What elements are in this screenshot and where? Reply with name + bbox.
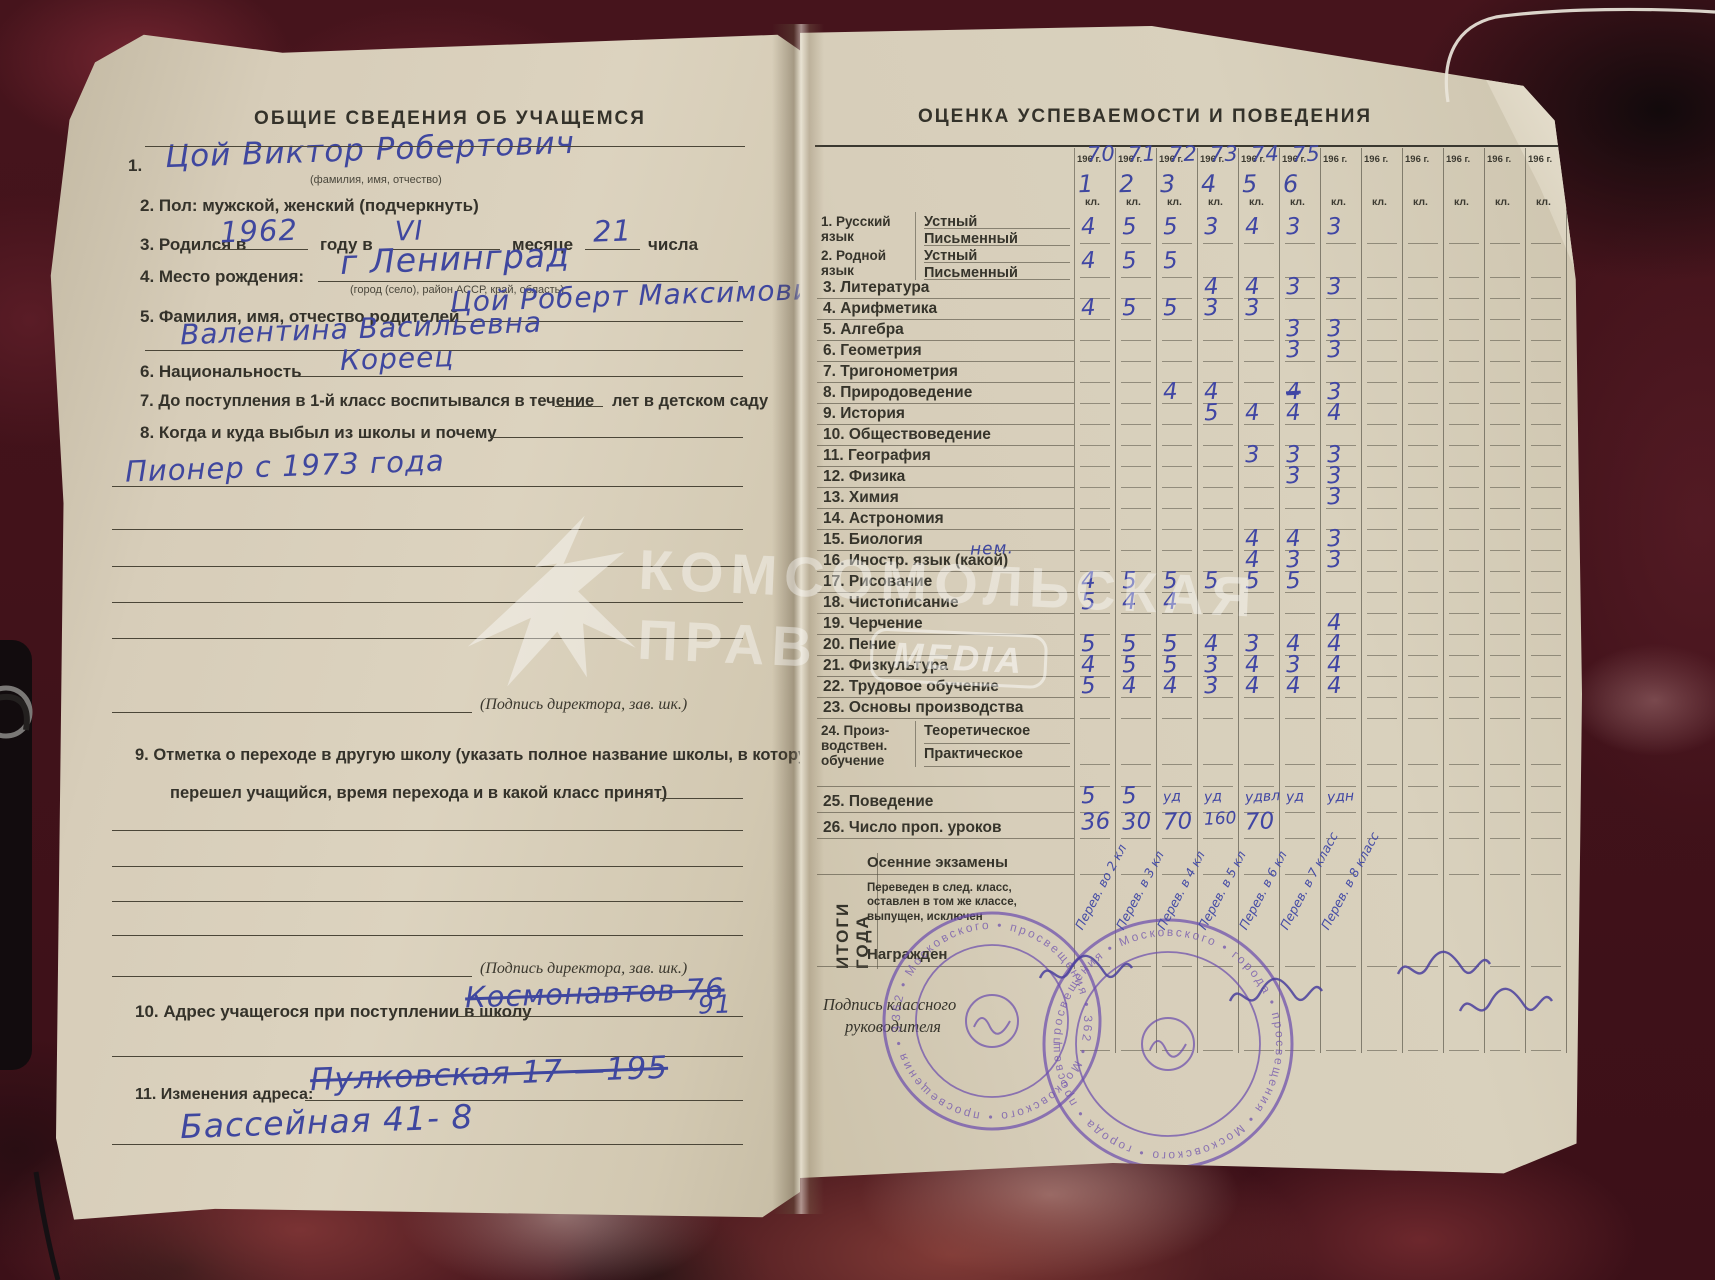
field2-label: 2. Пол: мужской, женский (подчеркнуть) <box>140 196 479 216</box>
grade-value: 4 <box>1121 589 1137 616</box>
dark-object-left <box>0 640 32 1070</box>
field4-label: 4. Место рождения: <box>140 267 304 287</box>
grade-value: 160 <box>1203 808 1236 830</box>
grade-value: 30 <box>1121 808 1152 835</box>
grade-value: 3 <box>1326 274 1342 301</box>
field3-line1 <box>213 249 308 250</box>
grade-value: 3 <box>1326 547 1342 574</box>
field10-line1 <box>458 1016 743 1017</box>
grade-value: 4 <box>1285 673 1301 700</box>
left-page-title: ОБЩИЕ СВЕДЕНИЯ ОБ УЧАЩЕМСЯ <box>230 108 670 130</box>
grade-value: 3 <box>1285 463 1301 490</box>
grade-value: 4 <box>1244 400 1260 427</box>
grade-value: 5 <box>1080 589 1096 616</box>
grade-value: 4 <box>1326 400 1342 427</box>
grade-value: 3 <box>1285 274 1301 301</box>
grade-value: уд <box>1286 789 1305 806</box>
stamp-left: 362 • Московского • просвещения • 362 • … <box>794 15 1100 1129</box>
grade-value: 4 <box>1162 589 1178 616</box>
grade-value: 4 <box>1121 673 1137 700</box>
handwritten-signature <box>1460 989 1552 1011</box>
grade-value: 3 <box>1203 295 1219 322</box>
grade-value: 70 <box>1244 808 1275 835</box>
grade-value: 4 <box>1244 673 1260 700</box>
field1-number: 1. <box>128 156 142 176</box>
grade-value: 3 <box>1203 214 1219 241</box>
grade-value: 3 <box>1244 442 1260 469</box>
field4-value: г Ленинград <box>339 235 570 282</box>
field1-caption: (фамилия, имя, отчество) <box>310 174 442 186</box>
grade-value: 36 <box>1080 808 1111 835</box>
ruled-line-1 <box>112 486 743 487</box>
grade-value: 5 <box>1121 214 1137 241</box>
grade-value: 5 <box>1203 400 1219 427</box>
grade-value: 3 <box>1326 484 1342 511</box>
grade-value: 4 <box>1285 400 1301 427</box>
grade-value: 5 <box>1162 248 1178 275</box>
field8-value: Пионер с 1973 года <box>125 443 446 488</box>
grade-value: 4 <box>1244 214 1260 241</box>
grade-value: 4 <box>1080 248 1096 275</box>
left-page: ОБЩИЕ СВЕДЕНИЯ ОБ УЧАЩЕМСЯ Цой Виктор Ро… <box>50 24 800 1222</box>
ruled-line-3 <box>112 566 743 567</box>
field11-line2 <box>112 1144 743 1145</box>
field1-line <box>145 146 745 147</box>
field3-year: 1962 <box>219 213 298 250</box>
grade-value: 5 <box>1203 568 1219 595</box>
field11-value2: Бассейная 41- 8 <box>179 1097 474 1146</box>
grade-value: 3 <box>1285 337 1301 364</box>
field6-value: Кореец <box>339 340 454 377</box>
grade-value: 3 <box>1326 337 1342 364</box>
field7-label: 7. До поступления в 1-й класс воспитывал… <box>140 392 594 411</box>
grade-value: 70 <box>1162 808 1193 835</box>
ruled-line-4 <box>112 602 743 603</box>
grade-value: 5 <box>1080 673 1096 700</box>
grade-value: 5 <box>1121 295 1137 322</box>
field11-label: 11. Изменения адреса: <box>135 1086 313 1104</box>
ruled-line-7 <box>112 866 743 867</box>
grade-value: 4 <box>1162 673 1178 700</box>
field11-struck-value: Пулковская 17 —195 <box>309 1050 668 1098</box>
black-cable <box>36 1172 58 1280</box>
field3-post: числа <box>648 235 698 255</box>
field3-line3 <box>585 249 640 250</box>
field9-line <box>660 798 743 799</box>
wire-curl <box>0 697 27 730</box>
field7-tail: лет в детском саду <box>612 392 768 411</box>
ruled-line-9 <box>112 935 743 936</box>
svg-text:362 • Московского • просвещени: 362 • Московского • просвещения • 362 • … <box>794 15 1095 1124</box>
grade-value: 5 <box>1244 568 1260 595</box>
grade-value: 5 <box>1080 783 1096 810</box>
grade-value: 3 <box>1244 295 1260 322</box>
field9-line2: перешел учащийся, время перехода и в как… <box>170 784 667 803</box>
field6-line <box>298 376 743 377</box>
field7-line <box>555 406 603 407</box>
official-stamps: 362 • Московского • просвещения • 362 • … <box>800 26 1582 1178</box>
photo-of-school-record: { "watermark": { "line1": "КОМСОМОЛЬСКАЯ… <box>0 0 1715 1280</box>
grade-value: удвл <box>1245 788 1281 806</box>
ruled-line-8 <box>112 901 743 902</box>
grade-value: 4 <box>1162 379 1178 406</box>
field8-line <box>490 437 743 438</box>
grade-value: 5 <box>1162 214 1178 241</box>
grade-value: 4 <box>1080 295 1096 322</box>
handwritten-signature <box>1398 952 1490 974</box>
metal-loop <box>0 688 30 736</box>
grade-value: 3 <box>1203 673 1219 700</box>
grade-value: 5 <box>1285 568 1301 595</box>
field8-label: 8. Когда и куда выбыл из школы и почему <box>140 423 497 443</box>
ruled-line-2 <box>112 529 743 530</box>
booklet-fold <box>772 24 824 1214</box>
sig2-line <box>112 976 472 977</box>
ruled-line-5 <box>112 638 743 639</box>
ruled-line-6 <box>112 830 743 831</box>
grade-value: 4 <box>1080 214 1096 241</box>
sig1-line <box>112 712 472 713</box>
grade-value: удн <box>1327 788 1355 805</box>
grade-value: 5 <box>1121 783 1137 810</box>
field3-day: 21 <box>592 213 632 248</box>
grade-value: 3 <box>1326 214 1342 241</box>
field6-label: 6. Национальность <box>140 362 302 382</box>
grade-value: 5 <box>1121 248 1137 275</box>
grade-value: уд <box>1163 789 1182 806</box>
sig1-caption: (Подпись директора, зав. шк.) <box>480 696 687 714</box>
right-page: ОЦЕНКА УСПЕВАЕМОСТИ И ПОВЕДЕНИЯ 196 г.70… <box>800 26 1582 1178</box>
grade-value: 4 <box>1326 673 1342 700</box>
grade-value: уд <box>1204 789 1223 806</box>
grade-value: 5 <box>1162 295 1178 322</box>
field9-line1: 9. Отметка о переходе в другую школу (ук… <box>135 746 821 765</box>
field1-value: Цой Виктор Робертович <box>164 125 575 175</box>
grade-value: 3 <box>1285 214 1301 241</box>
